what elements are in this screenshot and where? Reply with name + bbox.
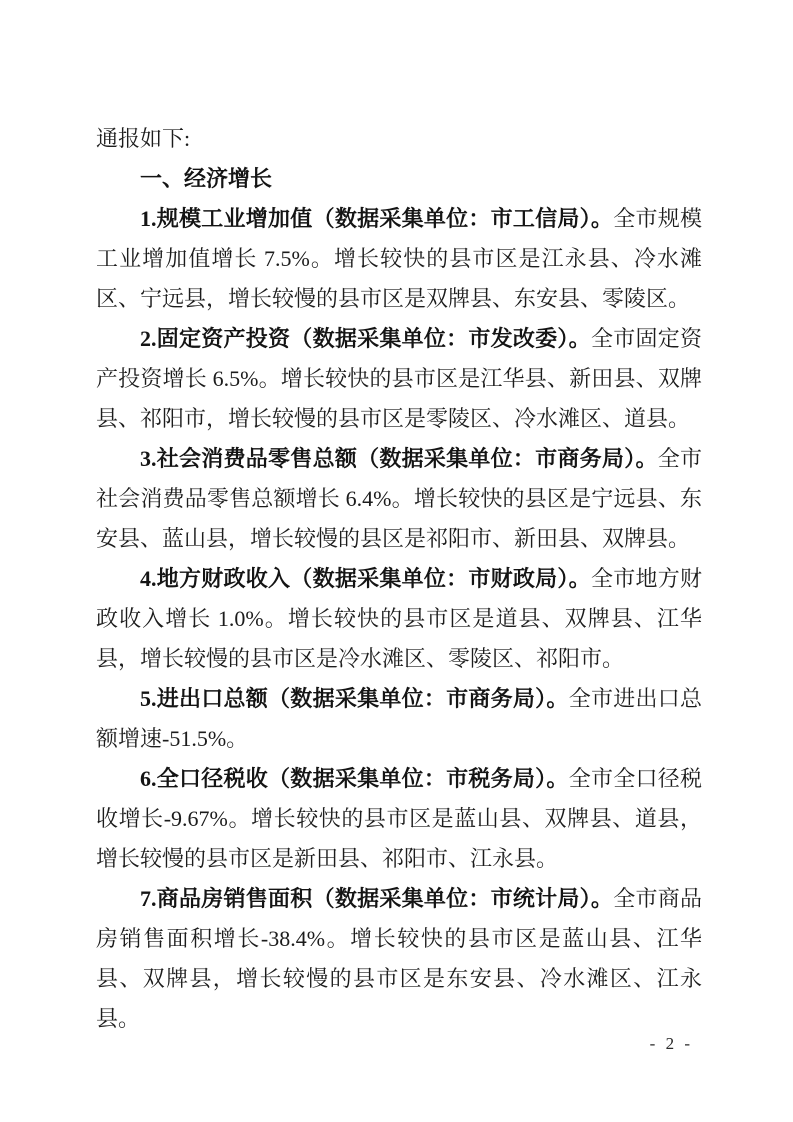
report-item-3: 3.社会消费品零售总额（数据采集单位：市商务局）。全市社会消费品零售总额增长 6… [96, 439, 702, 559]
report-item-7: 7.商品房销售面积（数据采集单位：市统计局）。全市商品房销售面积增长-38.4%… [96, 879, 702, 1039]
item-heading: 7.商品房销售面积（数据采集单位：市统计局）。 [140, 886, 613, 911]
item-heading: 1.规模工业增加值（数据采集单位：市工信局）。 [140, 206, 613, 231]
report-item-5: 5.进出口总额（数据采集单位：市商务局）。全市进出口总额增速-51.5%。 [96, 679, 702, 759]
item-heading: 3.社会消费品零售总额（数据采集单位：市商务局）。 [140, 446, 658, 471]
document-body: 通报如下: 一、经济增长 1.规模工业增加值（数据采集单位：市工信局）。全市规模… [96, 119, 702, 1039]
report-item-6: 6.全口径税收（数据采集单位：市税务局）。全市全口径税收增长-9.67%。增长较… [96, 759, 702, 879]
item-heading: 5.进出口总额（数据采集单位：市商务局）。 [140, 686, 569, 711]
report-item-4: 4.地方财政收入（数据采集单位：市财政局）。全市地方财政收入增长 1.0%。增长… [96, 559, 702, 679]
report-item-1: 1.规模工业增加值（数据采集单位：市工信局）。全市规模工业增加值增长 7.5%。… [96, 199, 702, 319]
document-page: 通报如下: 一、经济增长 1.规模工业增加值（数据采集单位：市工信局）。全市规模… [0, 0, 793, 1122]
report-item-2: 2.固定资产投资（数据采集单位：市发改委）。全市固定资产投资增长 6.5%。增长… [96, 319, 702, 439]
item-heading: 4.地方财政收入（数据采集单位：市财政局）。 [140, 566, 591, 591]
section-heading-economic-growth: 一、经济增长 [96, 159, 702, 199]
page-number: - 2 - [650, 1034, 693, 1054]
item-heading: 6.全口径税收（数据采集单位：市税务局）。 [140, 766, 569, 791]
intro-text: 通报如下: [96, 119, 702, 159]
item-heading: 2.固定资产投资（数据采集单位：市发改委）。 [140, 326, 591, 351]
